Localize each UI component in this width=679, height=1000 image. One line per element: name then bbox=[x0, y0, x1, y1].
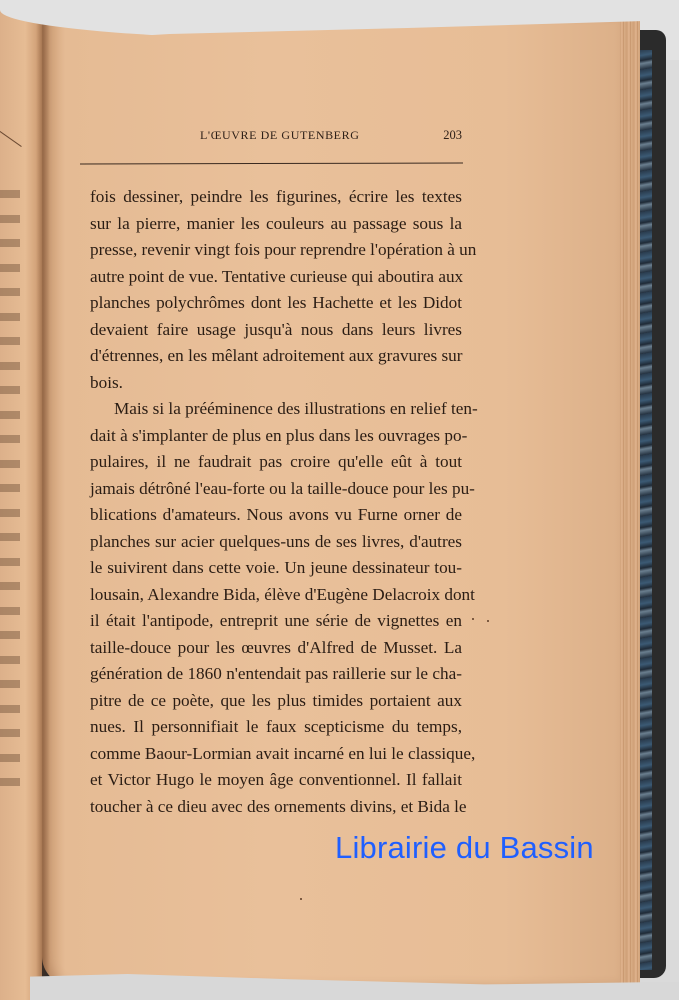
body-text: fois dessiner, peindre les figurines, éc… bbox=[90, 184, 462, 820]
gutter-shadow bbox=[36, 0, 50, 1000]
text-line: pitre de ce poète, que les plus timides … bbox=[90, 688, 462, 715]
watermark-text: Librairie du Bassin bbox=[335, 830, 594, 866]
text-line: nues. Il personnifiait le faux scepticis… bbox=[90, 714, 462, 741]
text-line: planches sur acier quelques-uns de ses l… bbox=[90, 529, 462, 556]
paper-speck bbox=[487, 620, 489, 622]
text-line: comme Baour-Lormian avait incarné en lui… bbox=[90, 741, 462, 768]
text-line: autre point de vue. Tentative curieuse q… bbox=[90, 264, 462, 291]
marbled-endpaper-edge bbox=[638, 50, 652, 970]
left-page-rule bbox=[0, 130, 22, 147]
text-line: devaient faire usage jusqu'à nous dans l… bbox=[90, 317, 462, 344]
text-line: et Victor Hugo le moyen âge conventionne… bbox=[90, 767, 462, 794]
text-line: pulaires, il ne faudrait pas croire qu'e… bbox=[90, 449, 462, 476]
text-line: il était l'antipode, entreprit une série… bbox=[90, 608, 462, 635]
text-line: planches polychrômes dont les Hachette e… bbox=[90, 290, 462, 317]
text-line: fois dessiner, peindre les figurines, éc… bbox=[90, 184, 462, 211]
left-page-text-fragments bbox=[0, 190, 24, 803]
page-number: 203 bbox=[443, 128, 462, 143]
paper-speck bbox=[472, 618, 474, 620]
text-line: presse, revenir vingt fois pour reprendr… bbox=[90, 237, 462, 264]
paragraph-1: fois dessiner, peindre les figurines, éc… bbox=[90, 184, 462, 396]
text-line: d'étrennes, en les mêlant adroitement au… bbox=[90, 343, 462, 370]
text-line: génération de 1860 n'entendait pas raill… bbox=[90, 661, 462, 688]
text-line: le suivirent dans cette voie. Un jeune d… bbox=[90, 555, 462, 582]
running-head: L'ŒUVRE DE GUTENBERG 203 bbox=[96, 128, 462, 148]
text-line: jamais détrôné l'eau-forte ou la taille-… bbox=[90, 476, 462, 503]
text-line: toucher à ce dieu avec des ornements div… bbox=[90, 794, 462, 821]
running-title: L'ŒUVRE DE GUTENBERG bbox=[200, 128, 360, 143]
text-line: blications d'amateurs. Nous avons vu Fur… bbox=[90, 502, 462, 529]
paragraph-2: Mais si la prééminence des illustrations… bbox=[90, 396, 462, 820]
text-line: Mais si la prééminence des illustrations… bbox=[90, 396, 462, 423]
text-line: sur la pierre, manier les couleurs au pa… bbox=[90, 211, 462, 238]
text-line: lousain, Alexandre Bida, élève d'Eugène … bbox=[90, 582, 462, 609]
text-line: bois. bbox=[90, 370, 462, 397]
text-line: dait à s'implanter de plus en plus dans … bbox=[90, 423, 462, 450]
paper-speck bbox=[300, 898, 302, 900]
text-line: taille-douce pour les œuvres d'Alfred de… bbox=[90, 635, 462, 662]
